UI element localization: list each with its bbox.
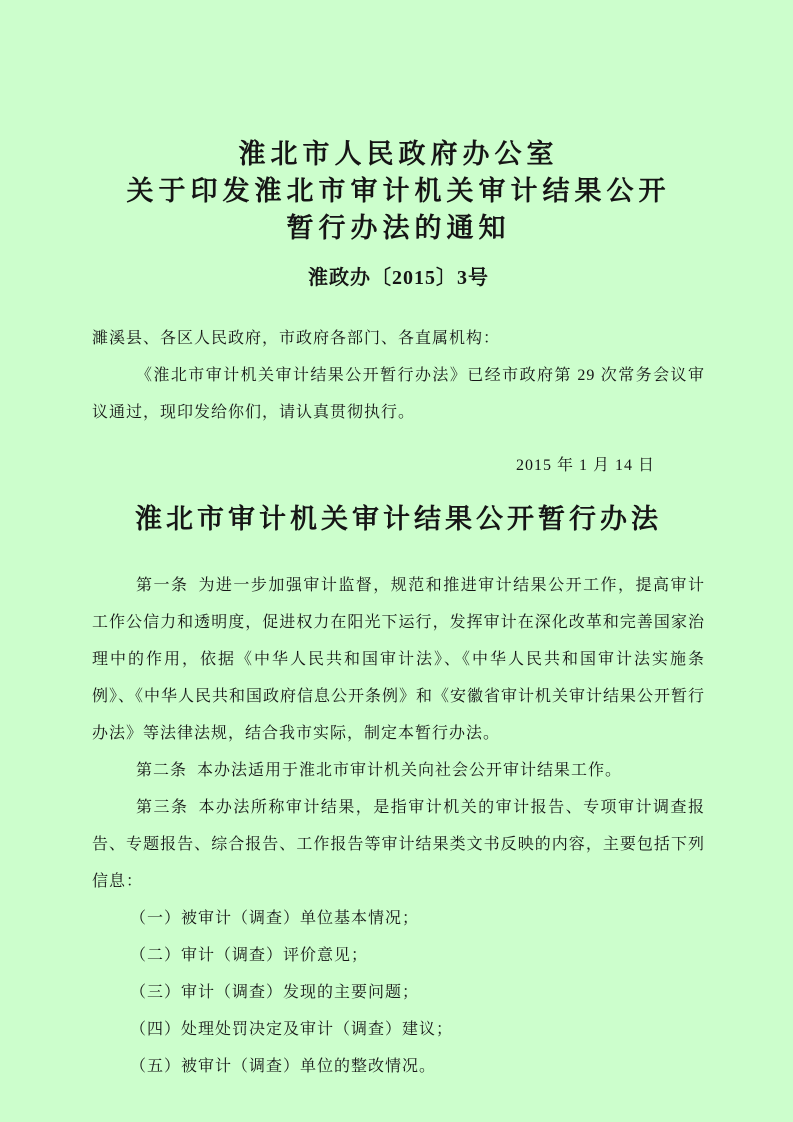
regulation-articles: 第一条为进一步加强审计监督，规范和推进审计结果公开工作，提高审计工作公信力和透明… [92, 567, 705, 1085]
article-1: 第一条为进一步加强审计监督，规范和推进审计结果公开工作，提高审计工作公信力和透明… [92, 567, 705, 752]
list-item-2: （二）审计（调查）评价意见； [92, 937, 705, 974]
document-page: 淮北市人民政府办公室 关于印发淮北市审计机关审计结果公开 暂行办法的通知 淮政办… [0, 0, 793, 1122]
article-2: 第二条本办法适用于淮北市审计机关向社会公开审计结果工作。 [92, 752, 705, 789]
list-item-1: （一）被审计（调查）单位基本情况； [92, 900, 705, 937]
list-item-5: （五）被审计（调查）单位的整改情况。 [92, 1048, 705, 1085]
regulation-heading: 淮北市审计机关审计结果公开暂行办法 [92, 503, 705, 537]
notice-title-line-2: 关于印发淮北市审计机关审计结果公开 [92, 173, 705, 210]
document-number: 淮政办〔2015〕3号 [92, 261, 705, 290]
issue-date: 2015 年 1 月 14 日 [92, 452, 705, 475]
article-2-text: 本办法适用于淮北市审计机关向社会公开审计结果工作。 [197, 762, 622, 779]
notice-title-line-1: 淮北市人民政府办公室 [92, 136, 705, 173]
article-1-text: 为进一步加强审计监督，规范和推进审计结果公开工作，提高审计工作公信力和透明度，促… [92, 577, 705, 742]
article-1-label: 第一条 [136, 577, 188, 594]
list-item-3: （三）审计（调查）发现的主要问题； [92, 974, 705, 1011]
article-2-label: 第二条 [136, 762, 187, 779]
article-3: 第三条本办法所称审计结果，是指审计机关的审计报告、专项审计调查报告、专题报告、综… [92, 789, 705, 900]
list-item-4: （四）处理处罚决定及审计（调查）建议； [92, 1011, 705, 1048]
notice-header: 淮北市人民政府办公室 关于印发淮北市审计机关审计结果公开 暂行办法的通知 淮政办… [92, 136, 705, 290]
notice-title-line-3: 暂行办法的通知 [92, 210, 705, 247]
notice-body: 濉溪县、各区人民政府，市政府各部门、各直属机构： 《淮北市审计机关审计结果公开暂… [92, 320, 705, 431]
notice-paragraph: 《淮北市审计机关审计结果公开暂行办法》已经市政府第 29 次常务会议审议通过，现… [92, 357, 705, 431]
salutation-line: 濉溪县、各区人民政府，市政府各部门、各直属机构： [92, 320, 705, 357]
article-3-label: 第三条 [136, 799, 188, 816]
